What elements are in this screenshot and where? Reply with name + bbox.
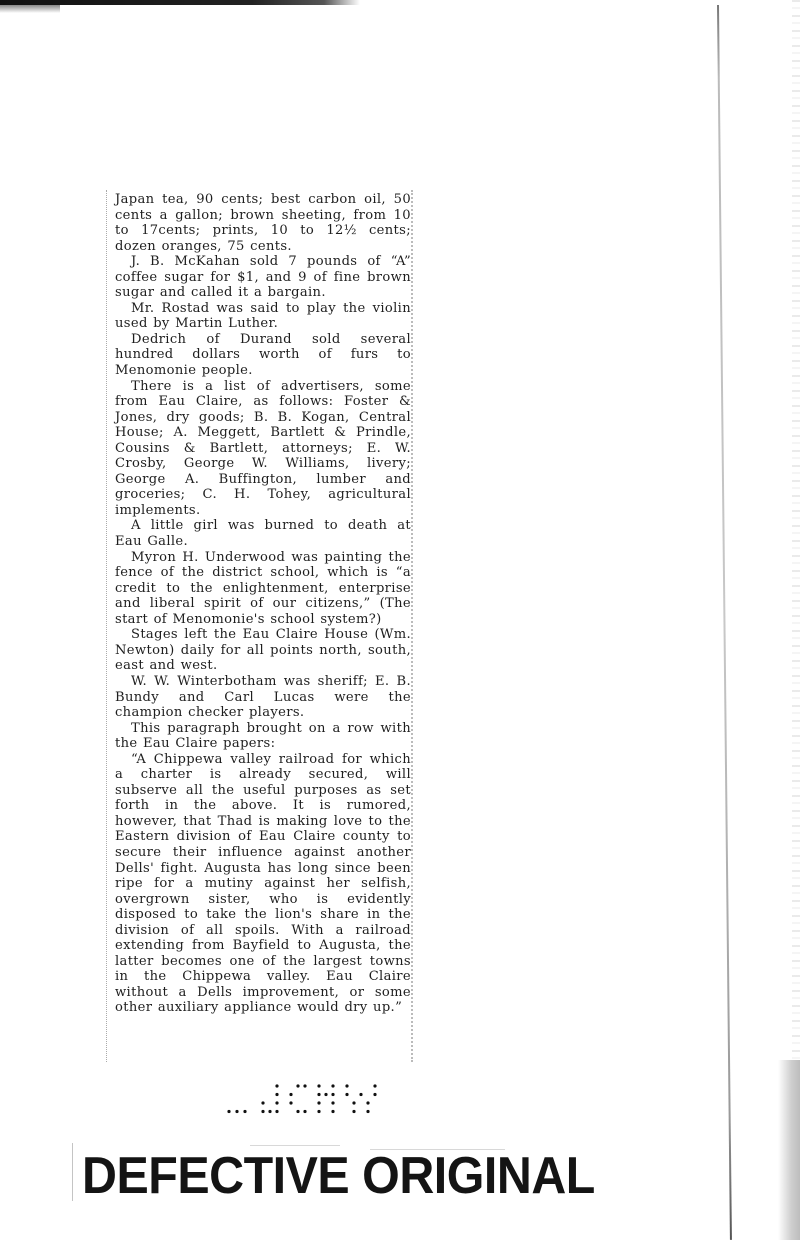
clipping-body: Japan tea, 90 cents; best carbon oil, 50… (115, 192, 411, 1016)
perforation-stamp (225, 1082, 395, 1122)
paragraph-underwood: Myron H. Underwood was painting the fenc… (115, 550, 411, 628)
defective-original-label: DEFECTIVE ORIGINAL (82, 1148, 595, 1204)
paragraph-prices: Japan tea, 90 cents; best carbon oil, 50… (115, 192, 411, 254)
paragraph-mckahan: J. B. McKahan sold 7 pounds of “A” coffe… (115, 254, 411, 301)
faint-rule (250, 1145, 340, 1146)
stamp-left-rule (72, 1143, 73, 1201)
perforation-dots-icon (225, 1082, 395, 1122)
paragraph-eau-galle: A little girl was burned to death at Eau… (115, 518, 411, 549)
page-fold-line (717, 5, 732, 1240)
scan-corner-shadow (0, 5, 60, 13)
scan-right-shadow (778, 1060, 800, 1240)
scan-right-edge (792, 0, 800, 1240)
paragraph-sheriff: W. W. Winterbotham was sheriff; E. B. Bu… (115, 674, 411, 721)
paragraph-advertisers: There is a list of advertisers, some fro… (115, 379, 411, 519)
newspaper-clipping: Japan tea, 90 cents; best carbon oil, 50… (106, 190, 413, 1062)
paragraph-railroad-quote: “A Chippewa valley railroad for which a … (115, 752, 411, 1016)
paragraph-stages: Stages left the Eau Claire House (Wm. Ne… (115, 627, 411, 674)
paragraph-row: This paragraph brought on a row with the… (115, 721, 411, 752)
paragraph-rostad: Mr. Rostad was said to play the violin u… (115, 301, 411, 332)
paragraph-dedrich: Dedrich of Durand sold several hundred d… (115, 332, 411, 379)
